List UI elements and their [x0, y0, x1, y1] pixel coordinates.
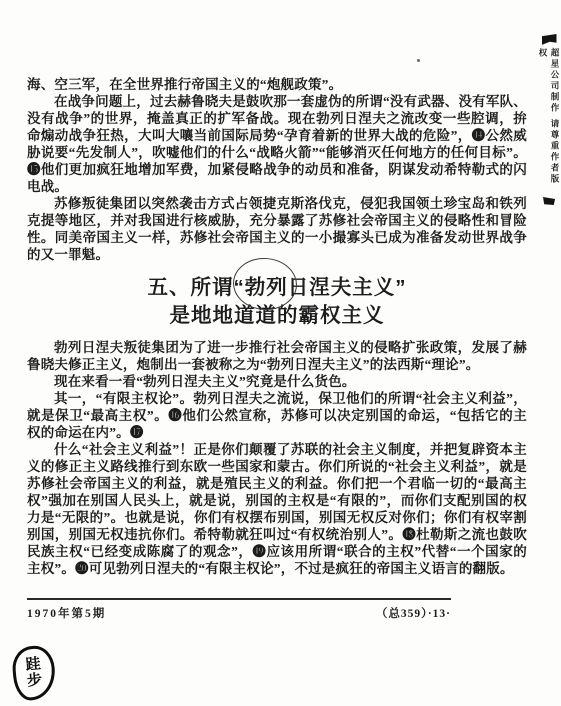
issue-label: 1970年第5期 [27, 605, 106, 621]
seal-char-bottom: 步 [27, 672, 43, 689]
paragraph-continuation: 海、空三军，在全世界推行帝国主义的“炮舰政策”。 [27, 76, 527, 93]
section-heading-line1: 五、所谓“勃列日涅夫主义” [27, 274, 527, 302]
paragraph: 现在来看一看“勃列日涅夫主义”究竟是什么货色。 [27, 373, 527, 390]
article-body: 海、空三军，在全世界推行帝国主义的“炮舰政策”。 在战争问题上，过去赫鲁晓夫是鼓… [27, 76, 527, 577]
circle-annotation: 勃列 [245, 274, 288, 302]
paragraph: 其一，“有限主权论”。勃列日涅夫之流说，保卫他们的所谓“社会主义利益”，就是保卫… [27, 390, 527, 441]
page-footer: 1970年第5期 （总359）·13· [27, 598, 451, 621]
seal-char-top: 跬 [25, 656, 41, 673]
paragraph: 苏修叛徒集团以突然袭击方式占领捷克斯洛伐克，侵犯我国领土珍宝岛和铁列克提等地区，… [27, 195, 527, 263]
paragraph: 在战争问题上，过去赫鲁晓夫是鼓吹那一套虚伪的所谓“没有武器、没有军队、没有战争”… [27, 93, 527, 195]
watermark-flag-top-icon [542, 34, 557, 45]
paragraph: 勃列日涅夫叛徒集团为了进一步推行社会帝国主义的侵略扩张政策，发展了赫鲁晓夫修正主… [27, 339, 527, 373]
page-number: （总359）·13· [376, 605, 451, 621]
watermark-strip: 超星公司制作 请尊重作者版权 [540, 34, 558, 205]
watermark-flag-bottom-icon [543, 197, 555, 205]
section-heading: 五、所谓“勃列日涅夫主义” 是地地道道的霸权主义 [27, 274, 527, 330]
watermark-text: 超星公司制作 请尊重作者版权 [537, 48, 561, 194]
paragraph: 什么“社会主义利益”！正是你们颠覆了苏联的社会主义制度，并把复辟资本主义的修正主… [27, 441, 527, 577]
collector-seal: 跬 步 [11, 644, 58, 701]
section-heading-line2: 是地地道道的霸权主义 [27, 302, 527, 330]
heading-text-prefix: 五、所谓“ [148, 276, 245, 299]
heading-text-suffix: 日涅夫主义” [288, 276, 407, 299]
scan-speck [417, 59, 420, 62]
scanned-document-page: 超星公司制作 请尊重作者版权 海、空三军，在全世界推行帝国主义的“炮舰政策”。 … [0, 0, 561, 706]
